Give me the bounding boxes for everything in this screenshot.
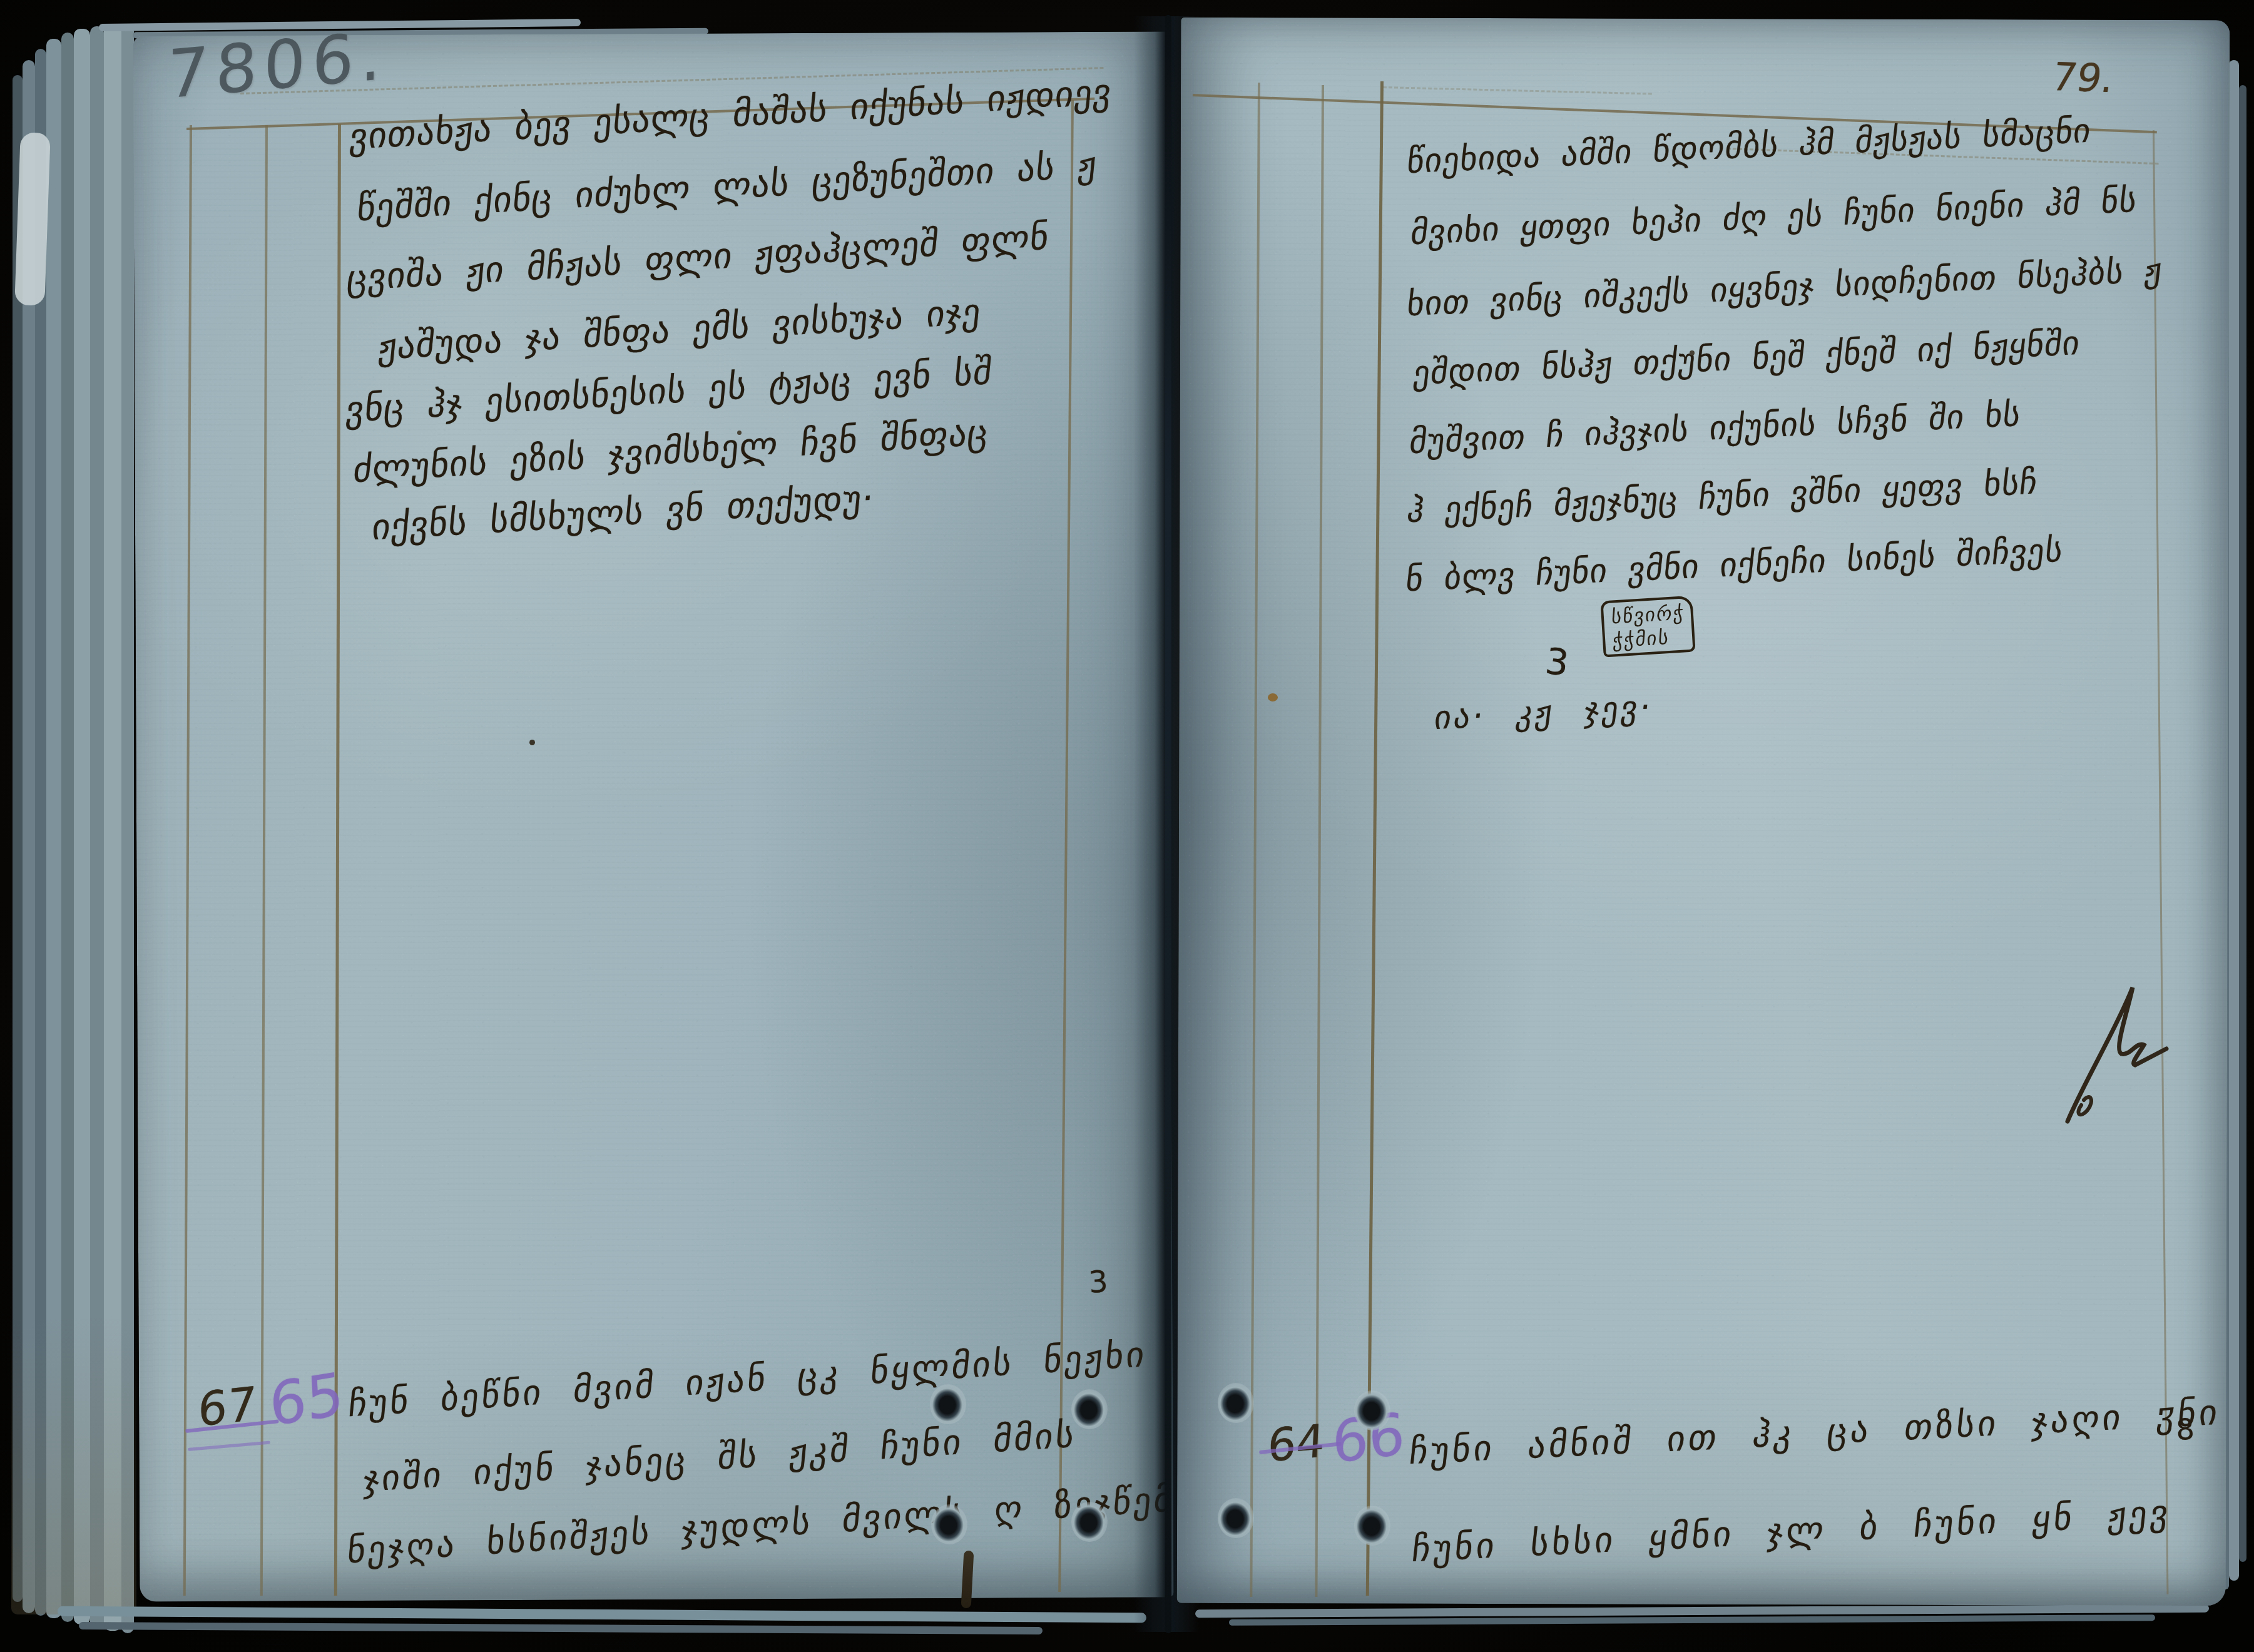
wormhole	[1354, 1390, 1390, 1430]
entry-number-ink-crossed: 64	[1267, 1414, 1327, 1472]
ink-speck	[737, 431, 742, 435]
wormhole	[1354, 1506, 1390, 1546]
wormhole	[1218, 1383, 1254, 1423]
white-paper-sliver	[14, 132, 51, 306]
edge-stain	[11, 1314, 136, 1614]
wormhole	[930, 1384, 966, 1424]
stamp-text-line: ჭჭმის	[1612, 625, 1687, 653]
ink-speck	[529, 740, 535, 745]
wormhole	[1071, 1389, 1108, 1429]
margin-flourish-icon	[2063, 976, 2175, 1126]
ink-speck	[1690, 350, 1695, 355]
manuscript-photo: 7806. ვითახჟა ბევ ესალც მაშას იქუნას იჟდ…	[0, 0, 2254, 1652]
book-gutter-crease	[1165, 15, 1171, 1633]
wormhole	[1071, 1502, 1108, 1542]
ink-smudge	[961, 1551, 974, 1609]
paper-fleck	[1268, 693, 1278, 701]
marginal-digit: 3	[1088, 1264, 1109, 1300]
wormhole	[931, 1504, 967, 1544]
page-number: 79.	[2048, 54, 2118, 101]
page-edge-sliver	[79, 1622, 1043, 1634]
page-edge-sliver	[2239, 85, 2246, 1562]
page-edge-sliver	[2229, 60, 2239, 1581]
hand-drawn-stamp-box: სწვირჭ ჭჭმის	[1600, 596, 1695, 658]
page-edge-sliver	[58, 1606, 1146, 1623]
entry-number-purple: 65	[268, 1360, 345, 1440]
wormhole	[1218, 1498, 1254, 1538]
